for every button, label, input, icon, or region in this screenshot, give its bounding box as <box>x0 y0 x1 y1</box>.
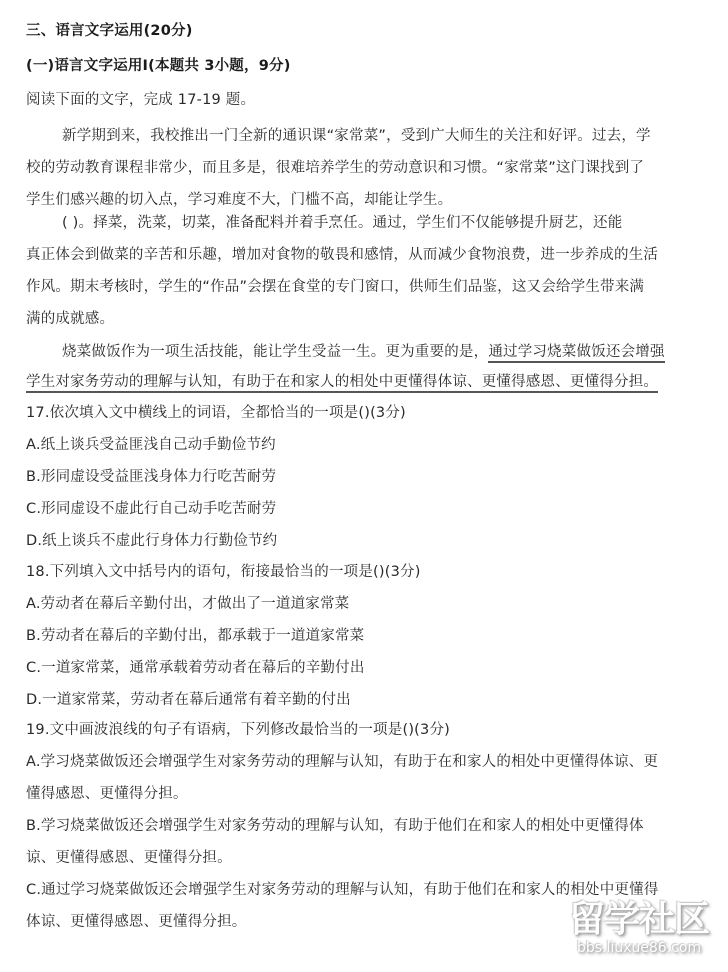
question-18-option-d: D.一道家常菜，劳动者在幕后通常有着辛勤的付出 <box>26 690 708 710</box>
question-19-option-a-line1: A.学习烧菜做饭还会增强学生对家务劳动的理解与认知，有助于在和家人的相处中更懂得… <box>26 752 708 772</box>
section-title: 三、语言文字运用(20分) <box>26 21 708 41</box>
watermark-title: 留学社区 <box>564 900 714 940</box>
passage-p3-line2: 学生对家务劳动的理解与认知，有助于在和家人的相处中更懂得体谅、更懂得感恩、更懂得… <box>26 372 708 392</box>
passage-p1-line3: 学生们感兴趣的切入点，学习难度不大，门槛不高，却能让学生。 <box>26 190 708 210</box>
passage-p1-line1: 新学期到来，我校推出一门全新的通识课“家常菜”，受到广大师生的关注和好评。过去，… <box>62 126 708 146</box>
passage-p2-line4: 满的成就感。 <box>26 309 708 329</box>
question-17-option-a: A.纸上谈兵受益匪浅自己动手勤俭节约 <box>26 435 708 455</box>
watermark-url: bbs.liuxue86.com <box>564 940 714 956</box>
passage-p1-line2: 校的劳动教育课程非常少，而且多是，很难培养学生的劳动意识和习惯。“家常菜”这门课… <box>26 158 708 178</box>
passage-p3-line1: 烧菜做饭作为一项生活技能，能让学生受益一生。更为重要的是，通过学习烧菜做饭还会增… <box>62 342 708 362</box>
reading-instruction: 阅读下面的文字，完成 17-19 题。 <box>26 90 708 110</box>
question-17-option-b: B.形同虚设受益匪浅身体力行吃苦耐劳 <box>26 467 708 487</box>
question-17-option-d: D.纸上谈兵不虚此行身体力行勤俭节约 <box>26 531 708 551</box>
passage-p2-line3: 作风。期末考核时，学生的“作品”会摆在食堂的专门窗口，供师生们品鉴，这又会给学生… <box>26 277 708 297</box>
passage-p3-plain: 烧菜做饭作为一项生活技能，能让学生受益一生。更为重要的是， <box>62 344 488 360</box>
question-19-option-b-line1: B.学习烧菜做饭还会增强学生对家务劳动的理解与认知，有助于他们在和家人的相处中更… <box>26 816 708 836</box>
passage-p2-line1: ( )。择菜，洗菜，切菜，准备配料并着手烹任。通过，学生们不仅能够提升厨艺，还能 <box>62 213 708 233</box>
question-19-option-a-line2: 懂得感恩、更懂得分担。 <box>26 784 708 804</box>
section-subtitle: (一)语言文字运用Ⅰ(本题共 3小题，9分) <box>26 56 708 76</box>
question-18-option-c: C.一道家常菜，通常承载着劳动者在幕后的辛勤付出 <box>26 658 708 678</box>
wavy-underlined-sentence-part2: 学生对家务劳动的理解与认知，有助于在和家人的相处中更懂得体谅、更懂得感恩、更懂得… <box>26 374 658 393</box>
passage-p2-line2: 真正体会到做菜的辛苦和乐趣，增加对食物的敬畏和感情，从而减少食物浪费，进一步养成… <box>26 245 708 265</box>
question-18-option-b: B.劳动者在幕后的辛勤付出，都承载于一道道家常菜 <box>26 626 708 646</box>
question-17-option-c: C.形同虚设不虚此行自己动手吃苦耐劳 <box>26 499 708 519</box>
question-18-option-a: A.劳动者在幕后辛勤付出，才做出了一道道家常菜 <box>26 594 708 614</box>
wavy-underlined-sentence-part1: 通过学习烧菜做饭还会增强 <box>488 344 664 363</box>
watermark-logo: 留学社区 bbs.liuxue86.com <box>564 900 714 962</box>
question-19-stem: 19.文中画波浪线的句子有语病，下列修改最恰当的一项是()(3分) <box>26 720 708 740</box>
question-18-stem: 18.下列填入文中括号内的语句，衔接最恰当的一项是()(3分) <box>26 562 708 582</box>
question-19-option-b-line2: 谅、更懂得感恩、更懂得分担。 <box>26 848 708 868</box>
document-page: 三、语言文字运用(20分) (一)语言文字运用Ⅰ(本题共 3小题，9分) 阅读下… <box>0 0 728 972</box>
question-19-option-c-line1: C.通过学习烧菜做饭还会增强学生对家务劳动的理解与认知，有助于他们在和家人的相处… <box>26 880 708 900</box>
question-17-stem: 17.依次填入文中横线上的词语，全都恰当的一项是()(3分) <box>26 403 708 423</box>
